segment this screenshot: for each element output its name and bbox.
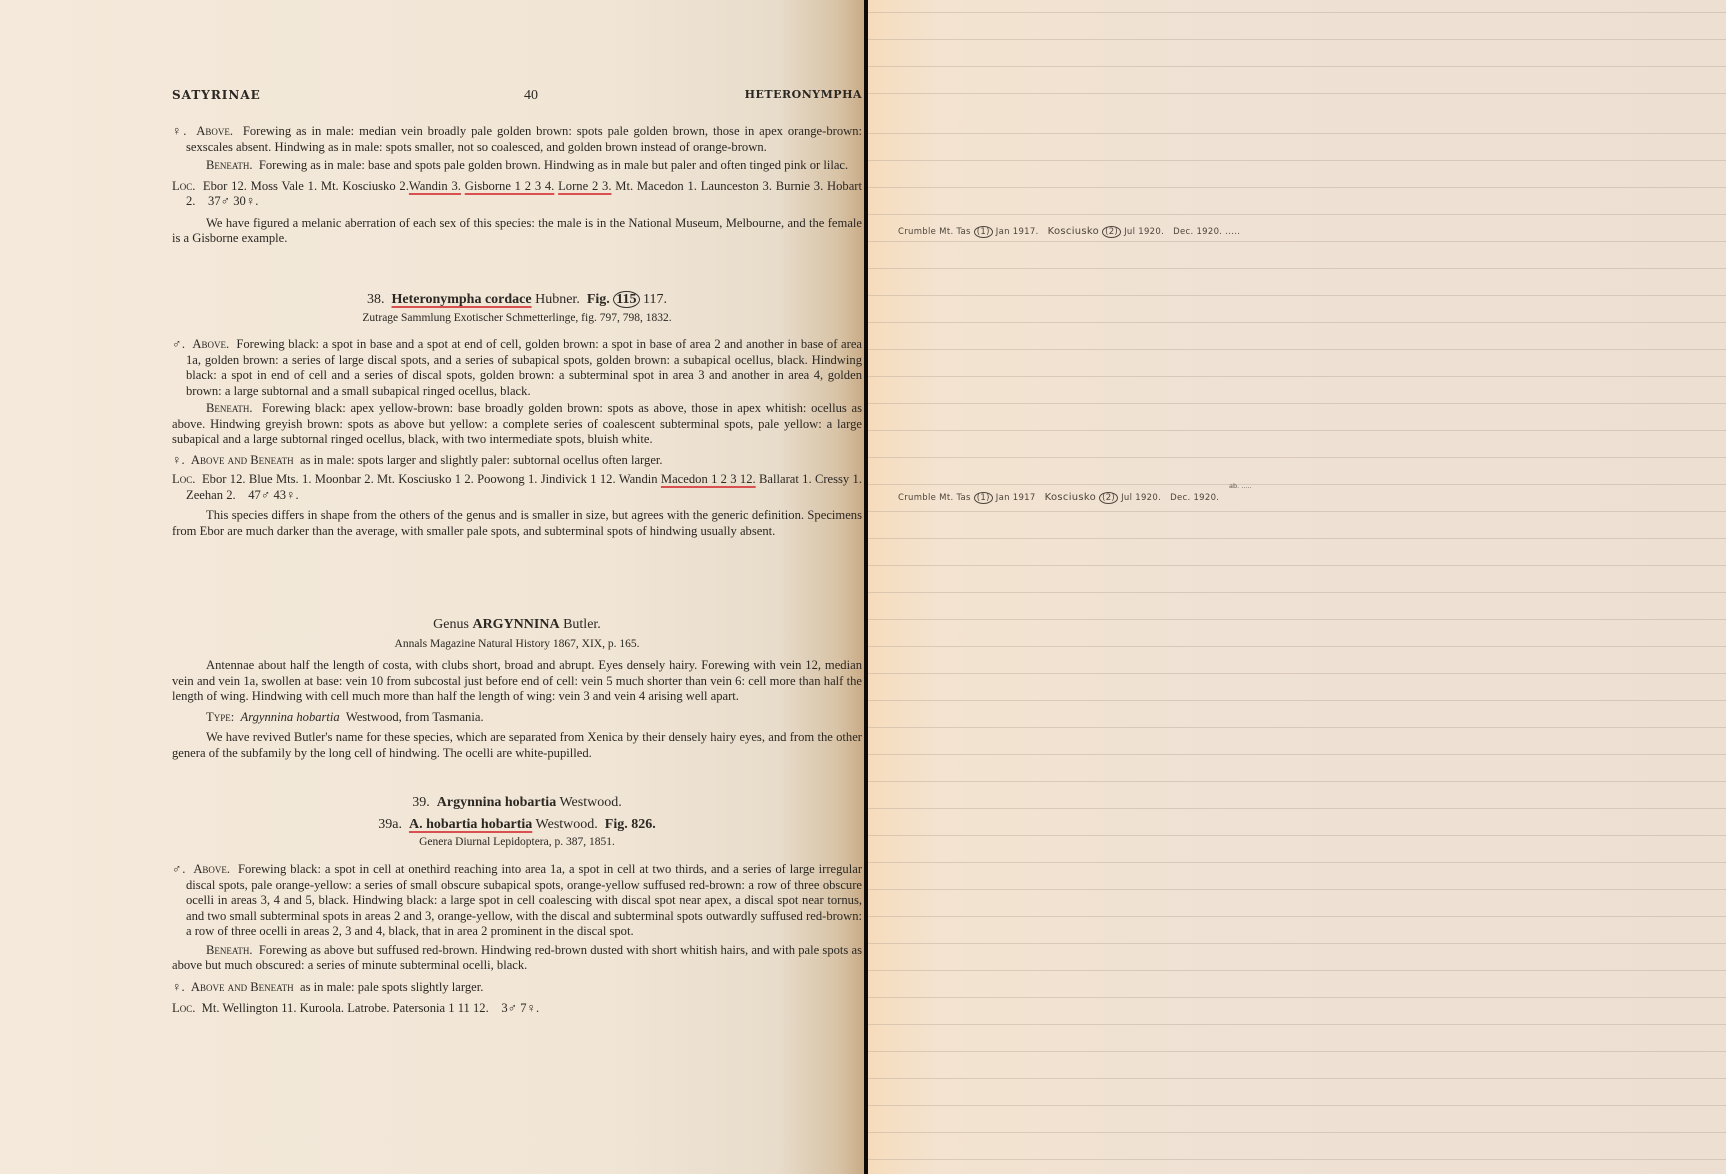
citation-text: Zutrage Sammlung Exotischer Schmetterlin… [362,312,671,324]
female-symbol: ♀. [172,453,185,467]
citation: Annals Magazine Natural History 1867, XI… [172,637,862,653]
description-text: as in male: spots larger and slightly pa… [300,453,663,467]
specimen-count: 47♂ 43♀. [248,488,298,502]
right-page-ruled: Crumble Mt. Tas (1) Jan 1917. Kosciusko … [868,0,1726,1174]
running-head: SATYRINAE 40 HETERONYMPHA [172,88,862,108]
locality-para: Loc. Mt. Wellington 11. Kuroola. Latrobe… [172,1001,862,1017]
female-symbol: ♀. [172,124,186,138]
note-text: Jan 1917 [996,493,1036,503]
specimen-count: 3♂ 7♀. [501,1001,539,1015]
species-name: Argynnina hobartia [437,795,556,810]
circled-figure-number: 115 [613,291,639,308]
running-head-subfamily: SATYRINAE [172,88,261,102]
circled-note: (2) [1102,226,1121,238]
description-text: Forewing black: a spot in base and a spo… [186,337,862,398]
specimen-count: 37♂ 30♀. [208,194,258,208]
type-label: Type: [206,710,234,724]
section-label: Beneath. [206,158,253,172]
species-39-heading: 39. Argynnina hobartia Westwood. 39a. A.… [172,795,862,851]
genus-characters-para: Antennae about half the length of costa,… [172,658,862,705]
citation: Zutrage Sammlung Exotischer Schmetterlin… [172,311,862,327]
note-text: Crumble Mt. Tas [898,227,971,237]
male-symbol: ♂. [172,862,185,876]
locality-text: Mt. Wellington 11. Kuroola. Latrobe. Pat… [202,1001,489,1015]
page-number: 40 [524,88,538,104]
description-text: Forewing black: apex yellow-brown: base … [172,401,862,446]
remark-para: We have revived Butler's name for these … [172,730,862,761]
section-label: Beneath. [206,401,253,415]
section-label: Above and Beneath [191,980,294,994]
handwritten-note-2: Crumble Mt. Tas (1) Jan 1917 Kosciusko (… [898,492,1219,503]
female-description-block: ♀. Above. Forewing as in male: median ve… [172,124,862,247]
note-text: Jul 1920. [1124,227,1164,237]
species-author: Hubner. [535,292,580,307]
remark-text: We have figured a melanic aberration of … [172,216,862,246]
locality-para: Loc. Ebor 12. Blue Mts. 1. Moonbar 2. Mt… [172,472,862,503]
species-number: 38. [367,292,385,307]
note-text: Jul 1920. [1121,493,1161,503]
female-above-para: ♀. Above and Beneath as in male: pale sp… [172,980,862,996]
underlined-locality: Wandin 3. [409,179,461,193]
beneath-para: Beneath. Forewing as in male: base and s… [172,158,862,174]
note-text: Dec. 1920. ..... [1173,227,1240,237]
handwritten-note-1: Crumble Mt. Tas (1) Jan 1917. Kosciusko … [898,226,1240,237]
underlined-locality: Lorne 2 3. [558,179,611,193]
section-label: Above. [196,124,233,138]
beneath-para: Beneath. Forewing black: apex yellow-bro… [172,401,862,448]
genus-name: ARGYNNINA [472,617,559,632]
remark-text: We have revived Butler's name for these … [172,730,862,760]
circled-note: (1) [974,492,993,504]
locality-text: Ebor 12. Moss Vale 1. Mt. Kosciusko 2. [203,179,409,193]
handwritten-superscript: ab. ..... [1229,482,1252,490]
subspecies-name: A. hobartia hobartia [409,817,532,832]
genus-heading: Genus ARGYNNINA Butler. [172,617,862,633]
description-text: Antennae about half the length of costa,… [172,658,862,703]
description-text: Forewing as in male: base and spots pale… [259,158,848,172]
locality-text: Ebor 12. Blue Mts. 1. Moonbar 2. Mt. Kos… [202,472,658,486]
circled-note: (2) [1099,492,1118,504]
remark-para: This species differs in shape from the o… [172,508,862,539]
section-label: Above. [193,862,230,876]
female-above-para: ♀. Above. Forewing as in male: median ve… [172,124,862,155]
type-species: Argynnina hobartia [241,710,340,724]
species-38-heading: 38. Heteronympha cordace Hubner. Fig. 11… [172,292,862,326]
underlined-locality: Macedon 1 2 3 12. [661,472,756,486]
locality-para: Loc. Ebor 12. Moss Vale 1. Mt. Kosciusko… [172,179,862,210]
genus-prefix: Genus [433,617,469,632]
section-label: Above and Beneath [191,453,294,467]
remark-para: We have figured a melanic aberration of … [172,216,862,247]
genus-heading-block: Genus ARGYNNINA Butler. Annals Magazine … [172,617,862,652]
locality-label: Loc. [172,1001,195,1015]
figure-number: 117. [643,292,667,307]
species-number: 39. [412,795,430,810]
description-text: Forewing as above but suffused red-brown… [172,943,862,973]
note-text: Dec. 1920. [1170,493,1219,503]
citation-text: Annals Magazine Natural History 1867, XI… [395,638,640,650]
genus-description: Antennae about half the length of costa,… [172,658,862,761]
section-label: Beneath. [206,943,253,957]
description-text: as in male: pale spots slightly larger. [300,980,483,994]
note-text: Jan 1917. [996,227,1039,237]
note-text: Kosciusko [1045,492,1096,503]
citation-text: Genera Diurnal Lepidoptera, p. 387, 1851… [419,836,615,848]
left-page: SATYRINAE 40 HETERONYMPHA ♀. Above. Fore… [0,0,864,1174]
underlined-locality: Gisborne 1 2 3 4. [465,179,555,193]
section-label: Above. [192,337,229,351]
genus-author: Butler. [563,617,601,632]
locality-label: Loc. [172,179,195,193]
female-symbol: ♀. [172,980,185,994]
subspecies-author: Westwood. [536,817,598,832]
citation: Genera Diurnal Lepidoptera, p. 387, 1851… [172,835,862,851]
type-text: Westwood, from Tasmania. [346,710,484,724]
type-line: Type: Argynnina hobartia Westwood, from … [172,710,862,726]
description-text: Forewing black: a spot in cell at onethi… [186,862,862,938]
subspecies-number: 39a. [378,817,402,832]
description-text: Forewing as in male: median vein broadly… [186,124,862,154]
circled-note: (1) [974,226,993,238]
figure-reference: Fig. 826. [605,817,656,832]
species-heading: 38. Heteronympha cordace Hubner. Fig. 11… [172,292,862,308]
male-symbol: ♂. [172,337,185,351]
male-above-para: ♂. Above. Forewing black: a spot in cell… [172,862,862,940]
subspecies-heading: 39a. A. hobartia hobartia Westwood. Fig.… [172,817,862,833]
note-text: Kosciusko [1048,226,1099,237]
species-39a-description: ♂. Above. Forewing black: a spot in cell… [172,862,862,1017]
species-38-description: ♂. Above. Forewing black: a spot in base… [172,337,862,539]
beneath-para: Beneath. Forewing as above but suffused … [172,943,862,974]
note-text: Crumble Mt. Tas [898,493,971,503]
species-heading: 39. Argynnina hobartia Westwood. [172,795,862,811]
male-above-para: ♂. Above. Forewing black: a spot in base… [172,337,862,399]
locality-label: Loc. [172,472,195,486]
remark-text: This species differs in shape from the o… [172,508,862,538]
species-author: Westwood. [559,795,621,810]
fig-label: Fig. [587,292,610,307]
running-head-genus: HETERONYMPHA [745,88,862,101]
species-name: Heteronympha cordace [392,292,532,307]
female-above-para: ♀. Above and Beneath as in male: spots l… [172,453,862,469]
